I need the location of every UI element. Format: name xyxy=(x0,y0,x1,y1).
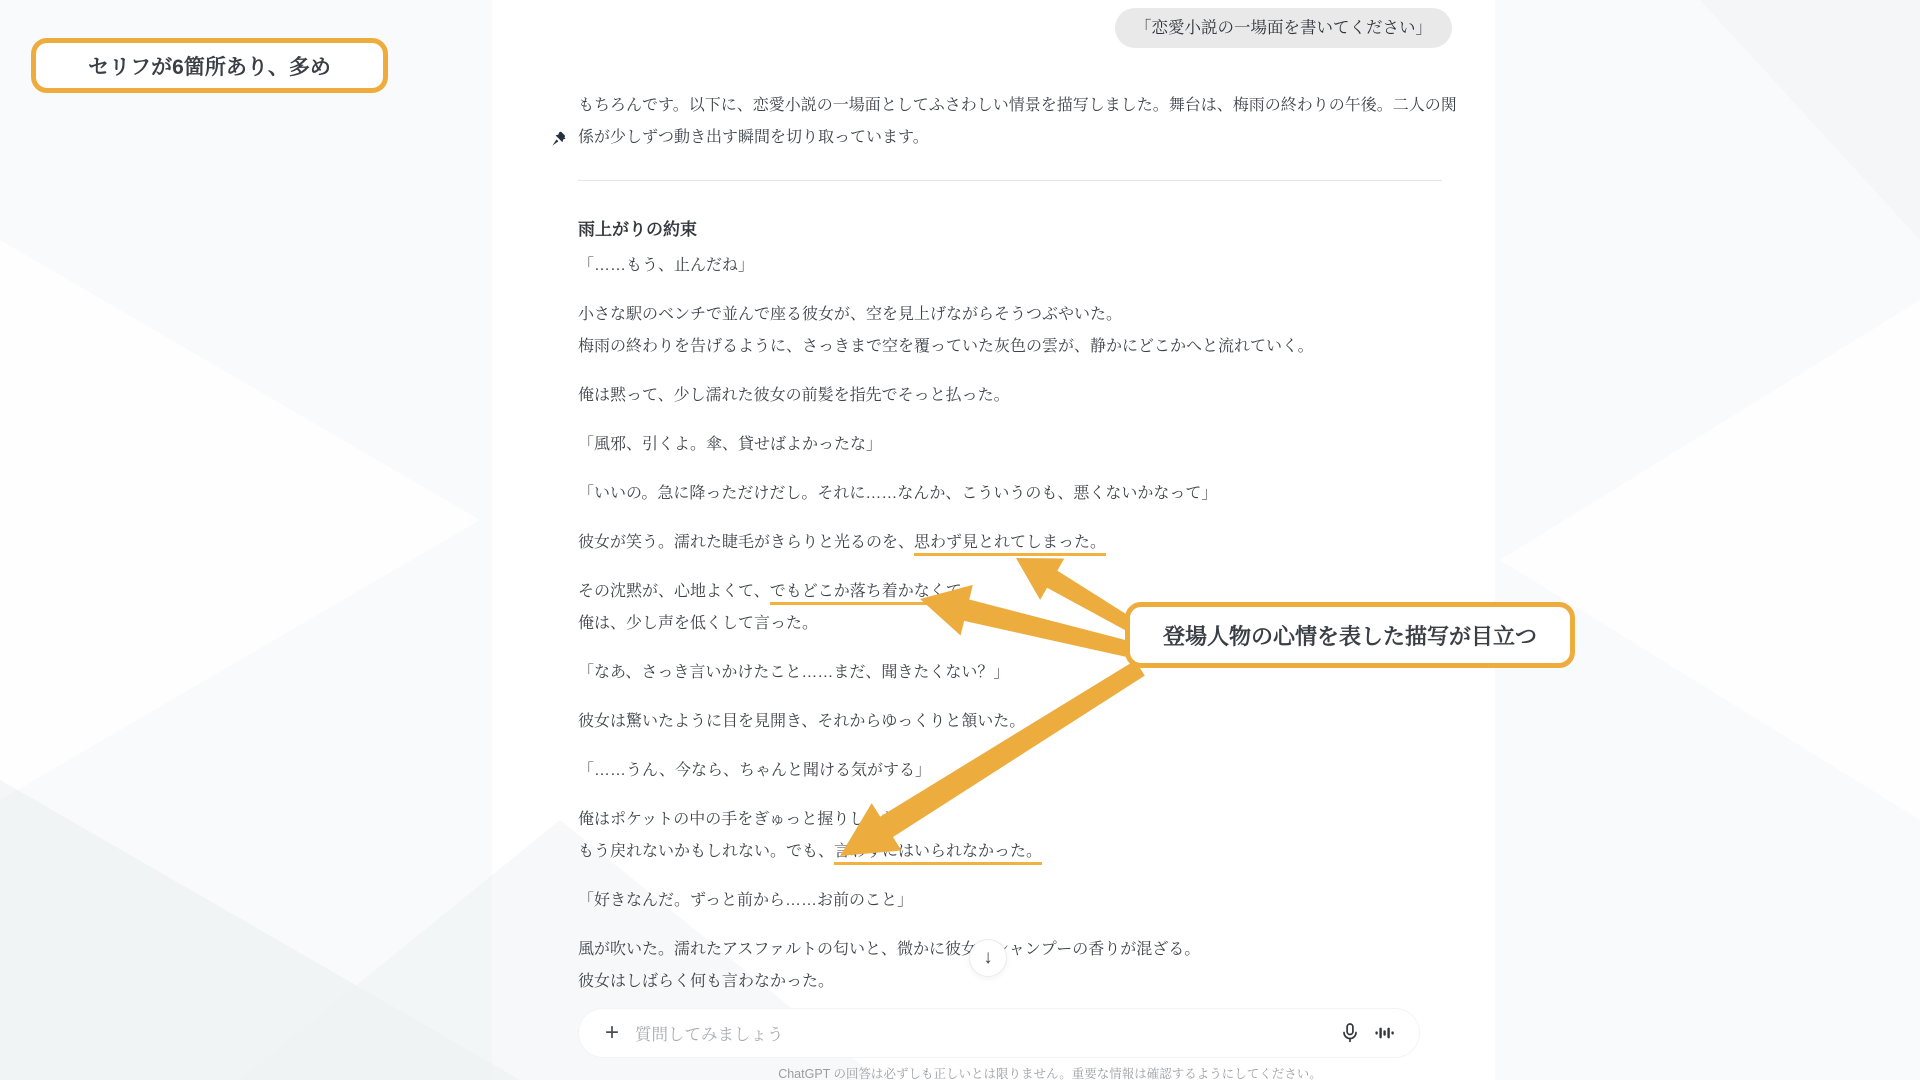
story-line: もう戻れないかもしれない。でも、 xyxy=(578,843,834,860)
story-paragraph: 彼女は驚いたように目を見開き、それからゆっくりと頷いた。 xyxy=(578,706,1462,738)
annotation-emotion-note: 登場人物の心情を表した描写が目立つ xyxy=(1125,602,1575,668)
story-quote-1: 「……もう、止んだね」 xyxy=(578,250,1462,282)
user-message-bubble: 「恋愛小説の一場面を書いてください」 xyxy=(1115,8,1452,48)
story-line: 彼女が笑う。濡れた睫毛がきらりと光るのを、 xyxy=(578,534,914,551)
story-line: 風が吹いた。濡れたアスファルトの匂いと、微かに彼女のシャンプーの香りが混ざる。 xyxy=(578,941,1200,958)
voice-mode-button[interactable] xyxy=(1367,1016,1401,1050)
voice-waveform-icon xyxy=(1372,1021,1396,1045)
highlighted-phrase-3: 言わずにはいられなかった。 xyxy=(834,843,1042,865)
story-paragraph: 彼女が笑う。濡れた睫毛がきらりと光るのを、思わず見とれてしまった。 xyxy=(578,527,1462,559)
story-quote-6: 「好きなんだ。ずっと前から……お前のこと」 xyxy=(578,885,1462,917)
story-paragraph: 俺はポケットの中の手をぎゅっと握りしめた。もう戻れないかもしれない。でも、言わず… xyxy=(578,804,1462,868)
plus-icon: + xyxy=(605,1019,619,1047)
assistant-message: もちろんです。以下に、恋愛小説の一場面としてふさわしい情景を描写しました。舞台は… xyxy=(578,90,1462,1064)
scroll-down-icon: ↓ xyxy=(983,947,993,969)
microphone-icon xyxy=(1338,1021,1362,1045)
story-line: 俺は、少し声を低くして言った。 xyxy=(578,615,818,632)
annotation-dialogue-note-label: セリフが6箇所あり、多め xyxy=(88,51,331,81)
attach-plus-button[interactable]: + xyxy=(597,1019,627,1047)
story-quote-5: 「……うん、今なら、ちゃんと聞ける気がする」 xyxy=(578,755,1462,787)
story-line: その沈黙が、心地よくて、 xyxy=(578,583,770,600)
story-line: 彼女はしばらく何も言わなかった。 xyxy=(578,973,834,990)
assistant-intro: もちろんです。以下に、恋愛小説の一場面としてふさわしい情景を描写しました。舞台は… xyxy=(578,90,1462,154)
story-line: 小さな駅のベンチで並んで座る彼女が、空を見上げながらそうつぶやいた。 xyxy=(578,306,1122,323)
highlighted-phrase-2: でもどこか落ち着かなくて。 xyxy=(770,583,978,605)
scroll-to-bottom-button[interactable]: ↓ xyxy=(969,939,1007,977)
composer-input[interactable]: + 質問してみましょう xyxy=(578,1008,1420,1058)
story-line: 俺はポケットの中の手をぎゅっと握りしめた。 xyxy=(578,811,913,828)
story-line: 梅雨の終わりを告げるように、さっきまで空を覆っていた灰色の雲が、静かにどこかへと… xyxy=(578,338,1314,355)
highlighted-phrase-1: 思わず見とれてしまった。 xyxy=(914,534,1106,556)
story-paragraph: 風が吹いた。濡れたアスファルトの匂いと、微かに彼女のシャンプーの香りが混ざる。彼… xyxy=(578,934,1462,998)
story-paragraph: 俺は黙って、少し濡れた彼女の前髪を指先でそっと払った。 xyxy=(578,380,1462,412)
story-title: 雨上がりの約束 xyxy=(578,214,1462,246)
pin-icon xyxy=(548,130,568,150)
composer-placeholder: 質問してみましょう xyxy=(635,1021,1333,1045)
annotation-dialogue-note: セリフが6箇所あり、多め xyxy=(31,38,388,93)
annotation-emotion-note-label: 登場人物の心情を表した描写が目立つ xyxy=(1163,620,1537,651)
dictate-button[interactable] xyxy=(1333,1016,1367,1050)
message-divider xyxy=(578,180,1442,181)
footer-disclaimer: ChatGPT の回答は必ずしも正しいとは限りません。重要な情報は確認するように… xyxy=(600,1064,1500,1080)
story-paragraph: 小さな駅のベンチで並んで座る彼女が、空を見上げながらそうつぶやいた。梅雨の終わり… xyxy=(578,299,1462,363)
story-quote-2: 「風邪、引くよ。傘、貸せばよかったな」 xyxy=(578,429,1462,461)
story-quote-3: 「いいの。急に降っただけだし。それに……なんか、こういうのも、悪くないかなって」 xyxy=(578,478,1462,510)
